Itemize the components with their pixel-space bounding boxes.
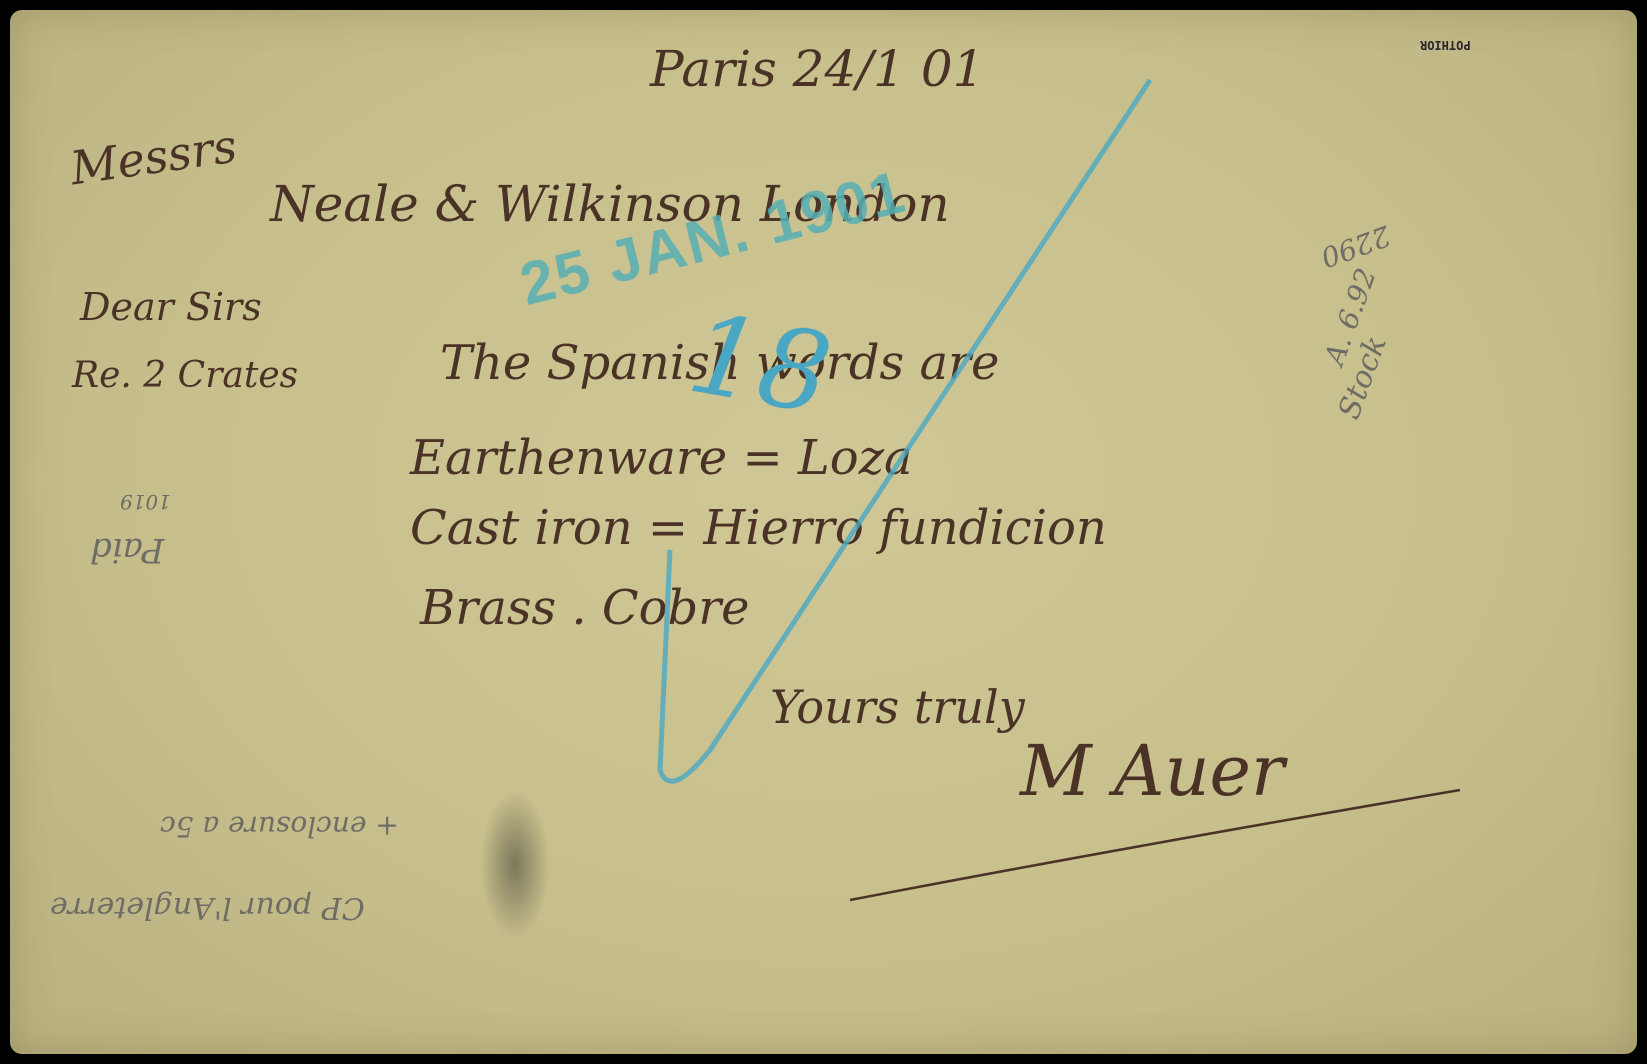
bottom-note-1: CP pour l'Angleterre (50, 890, 365, 925)
margin-note-1019: 1019 (120, 490, 171, 514)
ink-smudge (480, 790, 550, 940)
postcard: POTHIOR Paris 24/1 01 Messrs Neale & Wil… (10, 10, 1637, 1054)
bottom-note-2: + enclosure a 5c (160, 810, 399, 843)
margin-note-paid: Paid (90, 530, 164, 570)
